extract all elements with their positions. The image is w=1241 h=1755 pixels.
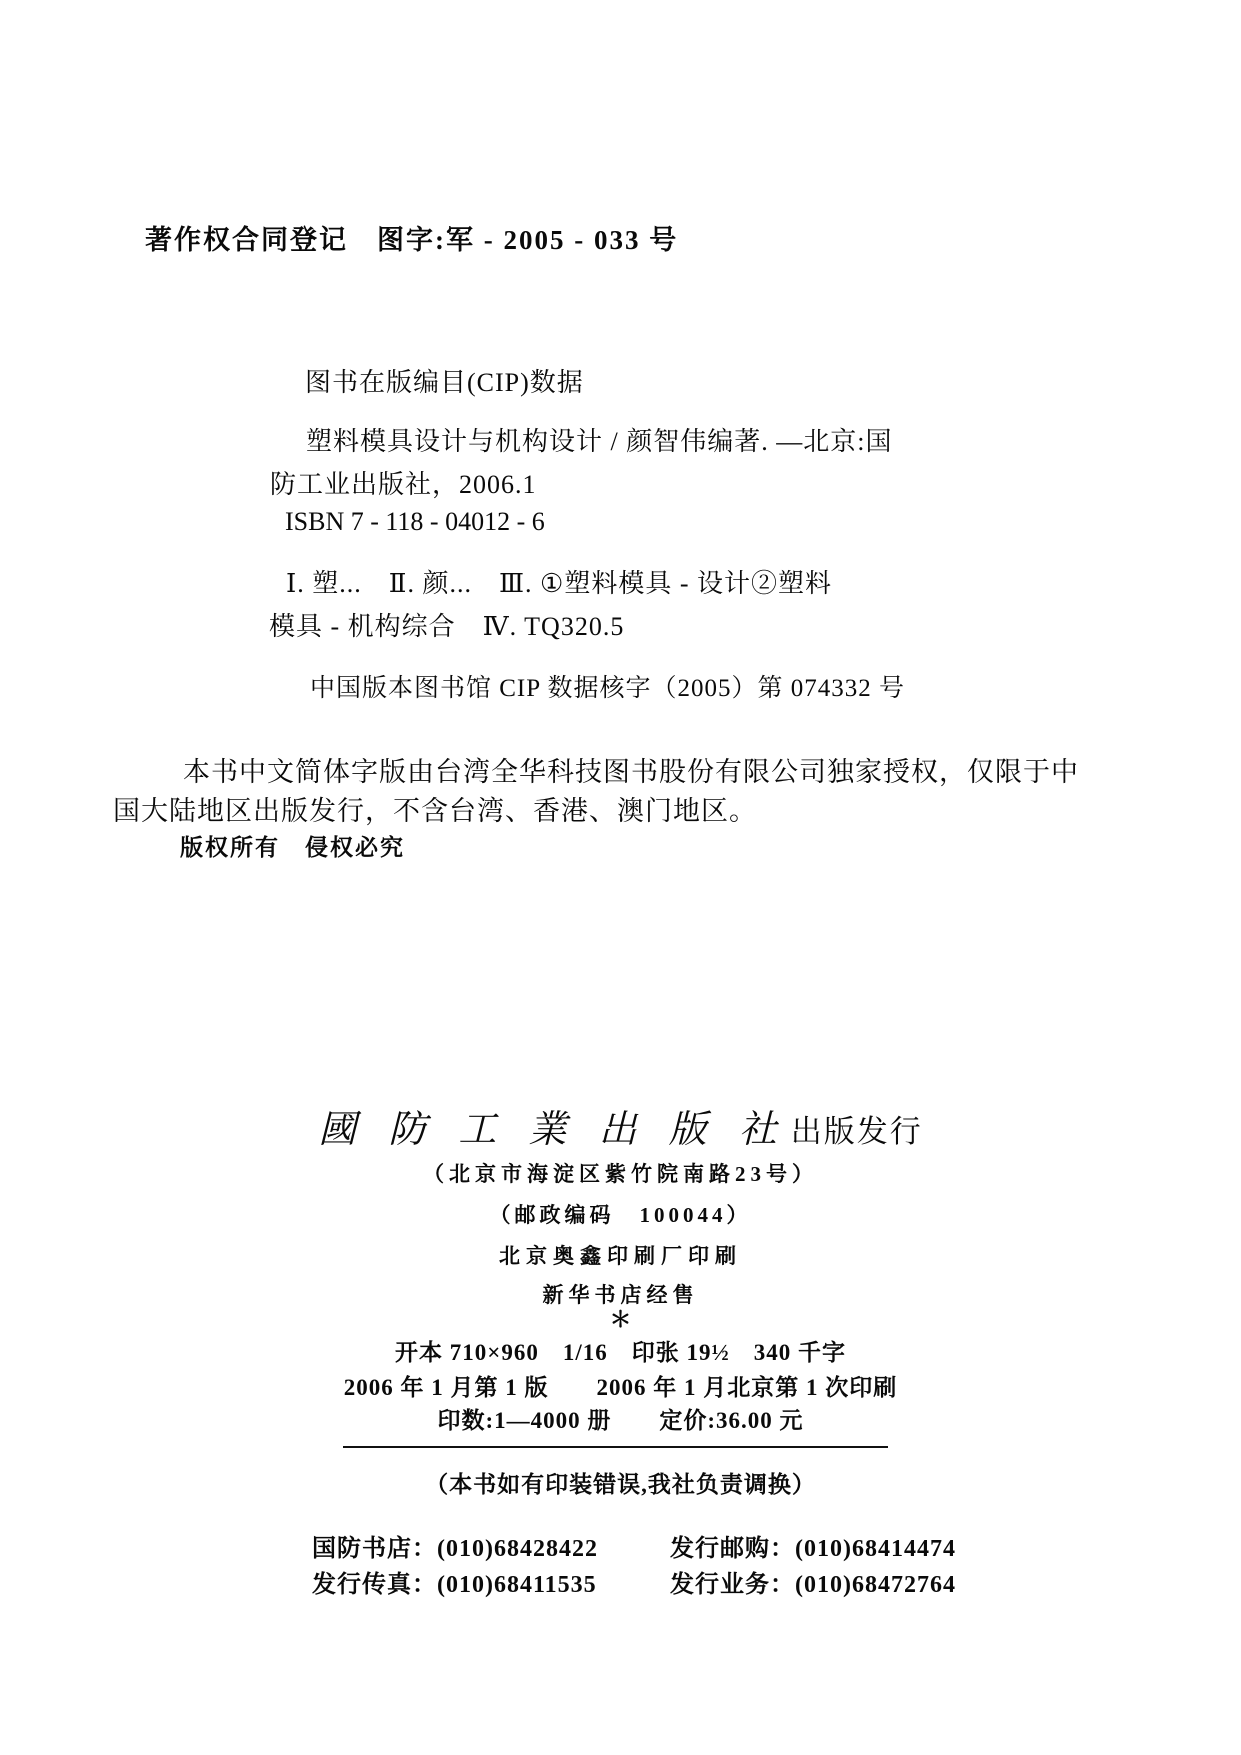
publisher-logo-suffix: 出版发行 (791, 1114, 923, 1149)
copyright-registration-line: 著作权合同登记 图字:军 - 2005 - 033 号 (145, 218, 678, 257)
horizontal-rule (343, 1446, 888, 1448)
printer-line: 北京奥鑫印刷厂印刷 (0, 1240, 1241, 1270)
publisher-address-line: （北京市海淀区紫竹院南路23号） (0, 1158, 1241, 1188)
print-run-price-line: 印数:1—4000 册 定价:36.00 元 (0, 1402, 1241, 1435)
publisher-logo-line: 國 防 工 業 出 版 社 出版发行 (0, 1098, 1241, 1153)
cip-record-number-line: 中国版本图书馆 CIP 数据核字（2005）第 074332 号 (310, 668, 905, 704)
edition-line: 2006 年 1 月第 1 版 2006 年 1 月北京第 1 次印刷 (0, 1369, 1241, 1402)
license-paragraph-line-2: 国大陆地区出版发行，不含台湾、香港、澳门地区。 (113, 789, 757, 828)
defense-bookstore-phone: 国防书店：(010)68428422 (312, 1528, 598, 1563)
distribution-fax-phone: 发行传真：(010)68411535 (312, 1564, 597, 1599)
cip-classification-line-1: Ⅰ. 塑... Ⅱ. 颜... Ⅲ. ①塑料模具 - 设计②塑料 (286, 563, 832, 600)
cip-title-line-2: 防工业出版社，2006.1 (270, 464, 537, 501)
cip-classification-line-2: 模具 - 机构综合 Ⅳ. TQ320.5 (269, 606, 624, 643)
contact-row: 发行传真：(010)68411535 发行业务：(010)68472764 (0, 1564, 1241, 1598)
book-format-line: 开本 710×960 1/16 印张 19½ 340 千字 (0, 1334, 1241, 1367)
license-paragraph-line-1: 本书中文简体字版由台湾全华科技图书股份有限公司独家授权，仅限于中 (183, 750, 1079, 789)
postcode-line: （邮政编码 100044） (0, 1199, 1241, 1229)
contact-row: 国防书店：(010)68428422 发行邮购：(010)68414474 (0, 1528, 1241, 1562)
copyright-notice: 版权所有 侵权必究 (180, 829, 405, 862)
copyright-page: 著作权合同登记 图字:军 - 2005 - 033 号 图书在版编目(CIP)数… (0, 0, 1241, 1755)
distribution-business-phone: 发行业务：(010)68472764 (670, 1564, 956, 1599)
mail-order-phone: 发行邮购：(010)68414474 (670, 1528, 956, 1563)
publisher-script-logo: 國 防 工 業 出 版 社 (318, 1107, 786, 1151)
cip-title-line-1: 塑料模具设计与机构设计 / 颜智伟编著. —北京:国 (306, 421, 892, 458)
errata-exchange-line: （本书如有印装错误,我社负责调换） (0, 1466, 1241, 1499)
isbn-line: ISBN 7 - 118 - 04012 - 6 (285, 507, 545, 537)
cip-heading: 图书在版编目(CIP)数据 (305, 362, 584, 399)
star-divider: ＊ (0, 1303, 1241, 1334)
